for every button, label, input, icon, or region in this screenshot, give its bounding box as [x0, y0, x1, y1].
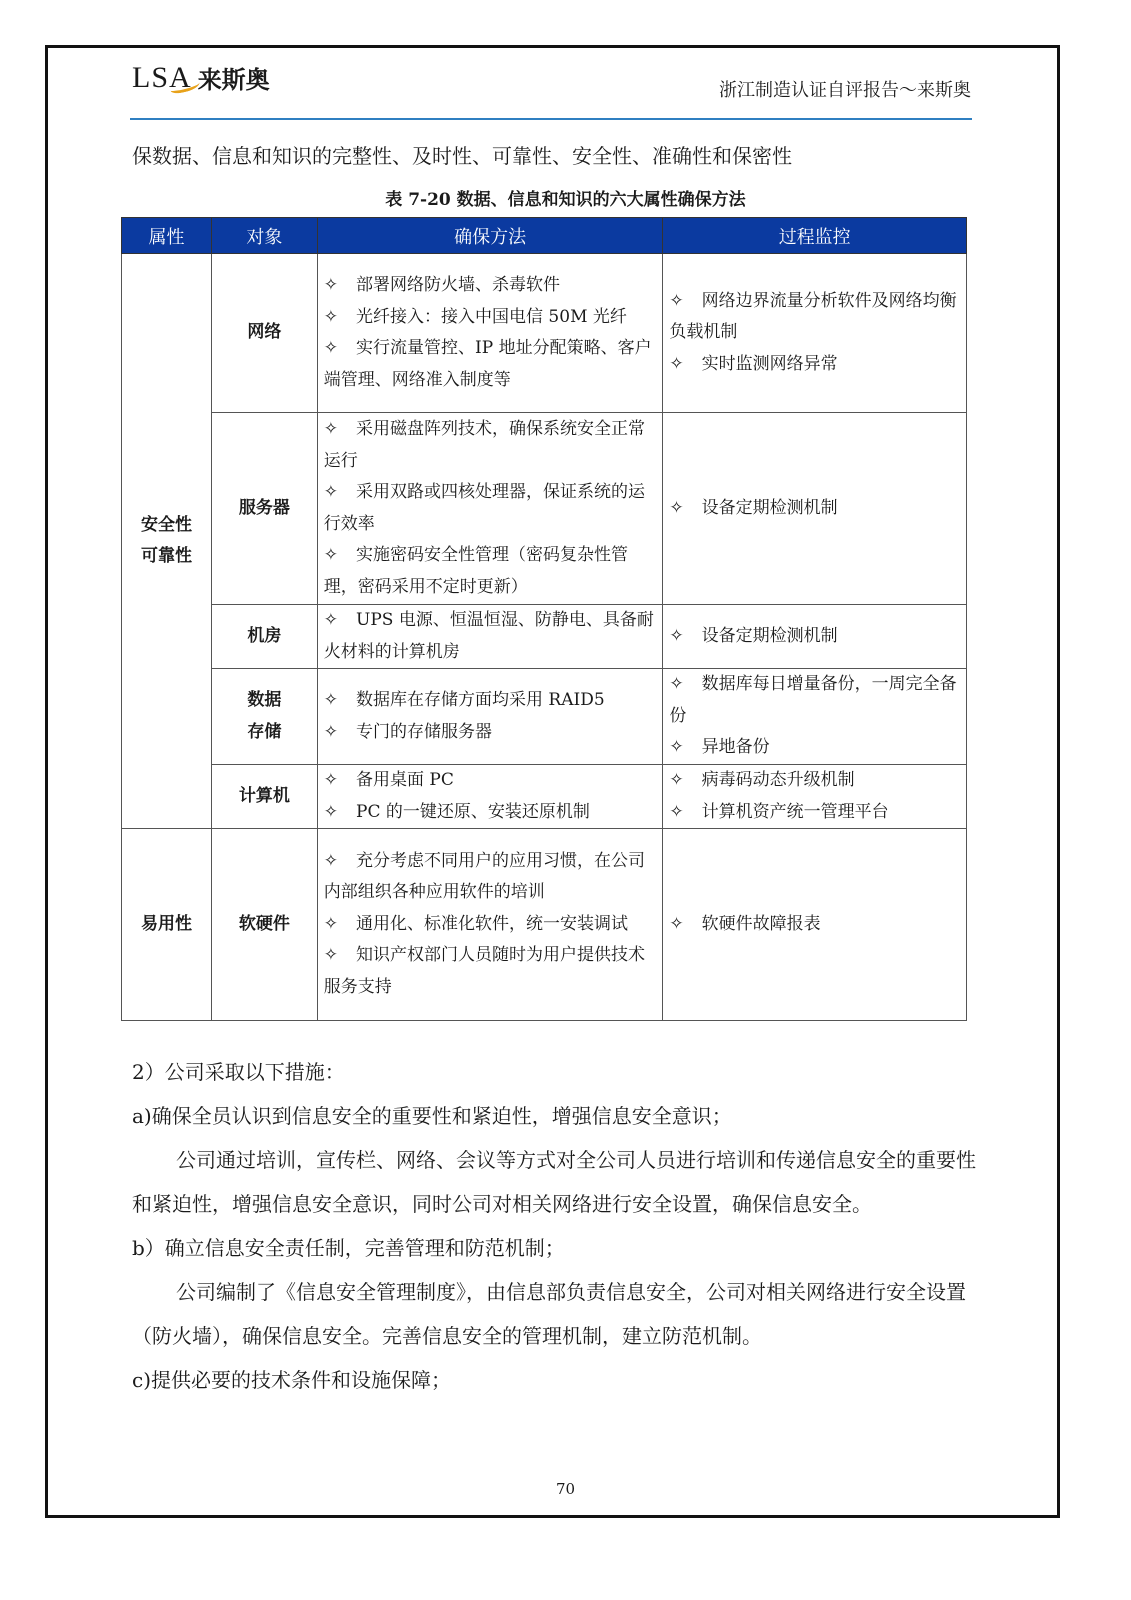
monitoring-cell: ✧病毒码动态升级机制 ✧计算机资产统一管理平台: [663, 765, 967, 829]
monitoring-cell: ✧软硬件故障报表: [663, 829, 967, 1021]
diamond-bullet-icon: ✧: [669, 914, 683, 934]
paragraph-a: a)确保全员认识到信息安全的重要性和紧迫性，增强信息安全意识；: [132, 1094, 977, 1138]
method-item: ✧通用化、标准化软件，统一安装调试: [324, 909, 657, 941]
monitor-item: ✧数据库每日增量备份，一周完全备份: [669, 669, 960, 732]
monitor-item: ✧设备定期检测机制: [669, 493, 960, 525]
method-item: ✧备用桌面 PC: [324, 765, 657, 797]
intro-line: 保数据、信息和知识的完整性、及时性、可靠性、安全性、准确性和保密性: [132, 140, 792, 169]
table-row: 安全性 可靠性 网络 ✧部署网络防火墙、杀毒软件 ✧光纤接入：接入中国电信 50…: [122, 254, 967, 413]
diamond-bullet-icon: ✧: [669, 626, 683, 646]
monitor-item: ✧软硬件故障报表: [669, 909, 960, 941]
methods-cell: ✧备用桌面 PC ✧PC 的一键还原、安装还原机制: [317, 765, 663, 829]
company-logo: LSA 来斯奥: [132, 60, 270, 95]
methods-cell: ✧部署网络防火墙、杀毒软件 ✧光纤接入：接入中国电信 50M 光纤 ✧实行流量管…: [317, 254, 663, 413]
diamond-bullet-icon: ✧: [669, 802, 683, 822]
table-row: 服务器 ✧采用磁盘阵列技术，确保系统安全正常运行 ✧采用双路或四核处理器，保证系…: [122, 413, 967, 605]
col-header-methods: 确保方法: [317, 218, 663, 254]
attribute-cell: 安全性 可靠性: [122, 254, 212, 829]
diamond-bullet-icon: ✧: [324, 770, 338, 790]
table-row: 易用性 软硬件 ✧充分考虑不同用户的应用习惯，在公司内部组织各种应用软件的培训 …: [122, 829, 967, 1021]
attribute-label: 安全性: [128, 510, 205, 542]
monitor-item: ✧设备定期检测机制: [669, 621, 960, 653]
monitoring-cell: ✧设备定期检测机制: [663, 605, 967, 669]
attribute-cell: 易用性: [122, 829, 212, 1021]
table-row: 机房 ✧UPS 电源、恒温恒湿、防静电、具备耐火材料的计算机房 ✧设备定期检测机…: [122, 605, 967, 669]
diamond-bullet-icon: ✧: [324, 802, 338, 822]
diamond-bullet-icon: ✧: [324, 482, 338, 502]
diamond-bullet-icon: ✧: [324, 851, 338, 871]
col-header-monitoring: 过程监控: [663, 218, 967, 254]
page-number: 70: [0, 1480, 1131, 1498]
method-item: ✧充分考虑不同用户的应用习惯，在公司内部组织各种应用软件的培训: [324, 846, 657, 909]
method-item: ✧采用磁盘阵列技术，确保系统安全正常运行: [324, 414, 657, 477]
diamond-bullet-icon: ✧: [324, 610, 338, 630]
object-cell: 计算机: [211, 765, 317, 829]
diamond-bullet-icon: ✧: [669, 354, 683, 374]
table-row: 计算机 ✧备用桌面 PC ✧PC 的一键还原、安装还原机制 ✧病毒码动态升级机制…: [122, 765, 967, 829]
monitor-item: ✧实时监测网络异常: [669, 349, 960, 381]
method-item: ✧PC 的一键还原、安装还原机制: [324, 797, 657, 829]
methods-cell: ✧采用磁盘阵列技术，确保系统安全正常运行 ✧采用双路或四核处理器，保证系统的运行…: [317, 413, 663, 605]
diamond-bullet-icon: ✧: [324, 275, 338, 295]
method-item: ✧UPS 电源、恒温恒湿、防静电、具备耐火材料的计算机房: [324, 605, 657, 668]
monitor-item: ✧异地备份: [669, 732, 960, 764]
method-item: ✧实行流量管控、IP 地址分配策略、客户端管理、网络准入制度等: [324, 333, 657, 396]
paragraph-b-detail: 公司编制了《信息安全管理制度》，由信息部负责信息安全，公司对相关网络进行安全设置…: [132, 1270, 977, 1358]
diamond-bullet-icon: ✧: [669, 498, 683, 518]
paragraph-c: c)提供必要的技术条件和设施保障；: [132, 1358, 977, 1402]
object-label: 数据: [218, 685, 311, 717]
object-cell: 软硬件: [211, 829, 317, 1021]
method-item: ✧采用双路或四核处理器，保证系统的运行效率: [324, 477, 657, 540]
table-row: 数据 存储 ✧数据库在存储方面均采用 RAID5 ✧专门的存储服务器 ✧数据库每…: [122, 669, 967, 765]
logo-latin: LSA: [132, 61, 192, 95]
col-header-object: 对象: [211, 218, 317, 254]
paragraph-b: b）确立信息安全责任制，完善管理和防范机制；: [132, 1226, 977, 1270]
object-cell: 服务器: [211, 413, 317, 605]
diamond-bullet-icon: ✧: [669, 770, 683, 790]
attribute-label: 可靠性: [128, 541, 205, 573]
report-title: 浙江制造认证自评报告～来斯奥: [719, 76, 971, 102]
diamond-bullet-icon: ✧: [324, 945, 338, 965]
logo-chinese: 来斯奥: [198, 60, 270, 95]
method-item: ✧数据库在存储方面均采用 RAID5: [324, 685, 657, 717]
methods-cell: ✧UPS 电源、恒温恒湿、防静电、具备耐火材料的计算机房: [317, 605, 663, 669]
diamond-bullet-icon: ✧: [324, 419, 338, 439]
monitoring-cell: ✧网络边界流量分析软件及网络均衡负载机制 ✧实时监测网络异常: [663, 254, 967, 413]
diamond-bullet-icon: ✧: [669, 291, 683, 311]
object-cell: 数据 存储: [211, 669, 317, 765]
object-label: 存储: [218, 717, 311, 749]
object-cell: 机房: [211, 605, 317, 669]
table-caption: 表 7-20 数据、信息和知识的六大属性确保方法: [0, 185, 1131, 210]
method-item: ✧专门的存储服务器: [324, 717, 657, 749]
monitor-item: ✧病毒码动态升级机制: [669, 765, 960, 797]
diamond-bullet-icon: ✧: [324, 307, 338, 327]
method-item: ✧实施密码安全性管理（密码复杂性管理，密码采用不定时更新）: [324, 540, 657, 603]
col-header-attribute: 属性: [122, 218, 212, 254]
diamond-bullet-icon: ✧: [324, 722, 338, 742]
object-cell: 网络: [211, 254, 317, 413]
method-item: ✧光纤接入：接入中国电信 50M 光纤: [324, 302, 657, 334]
table-header-row: 属性 对象 确保方法 过程监控: [122, 218, 967, 254]
diamond-bullet-icon: ✧: [669, 674, 683, 694]
monitoring-cell: ✧设备定期检测机制: [663, 413, 967, 605]
diamond-bullet-icon: ✧: [669, 737, 683, 757]
monitoring-cell: ✧数据库每日增量备份，一周完全备份 ✧异地备份: [663, 669, 967, 765]
paragraph-measures: 2）公司采取以下措施：: [132, 1050, 977, 1094]
paragraph-a-detail: 公司通过培训，宣传栏、网络、会议等方式对全公司人员进行培训和传递信息安全的重要性…: [132, 1138, 977, 1226]
method-item: ✧知识产权部门人员随时为用户提供技术服务支持: [324, 940, 657, 1003]
methods-cell: ✧数据库在存储方面均采用 RAID5 ✧专门的存储服务器: [317, 669, 663, 765]
diamond-bullet-icon: ✧: [324, 914, 338, 934]
diamond-bullet-icon: ✧: [324, 690, 338, 710]
monitor-item: ✧网络边界流量分析软件及网络均衡负载机制: [669, 286, 960, 349]
method-item: ✧部署网络防火墙、杀毒软件: [324, 270, 657, 302]
diamond-bullet-icon: ✧: [324, 338, 338, 358]
attributes-table: 属性 对象 确保方法 过程监控 安全性 可靠性 网络 ✧部署网络防火墙、杀毒软件…: [121, 217, 967, 1021]
monitor-item: ✧计算机资产统一管理平台: [669, 797, 960, 829]
diamond-bullet-icon: ✧: [324, 545, 338, 565]
methods-cell: ✧充分考虑不同用户的应用习惯，在公司内部组织各种应用软件的培训 ✧通用化、标准化…: [317, 829, 663, 1021]
header-divider: [130, 118, 972, 120]
body-text: 2）公司采取以下措施： a)确保全员认识到信息安全的重要性和紧迫性，增强信息安全…: [132, 1050, 977, 1402]
